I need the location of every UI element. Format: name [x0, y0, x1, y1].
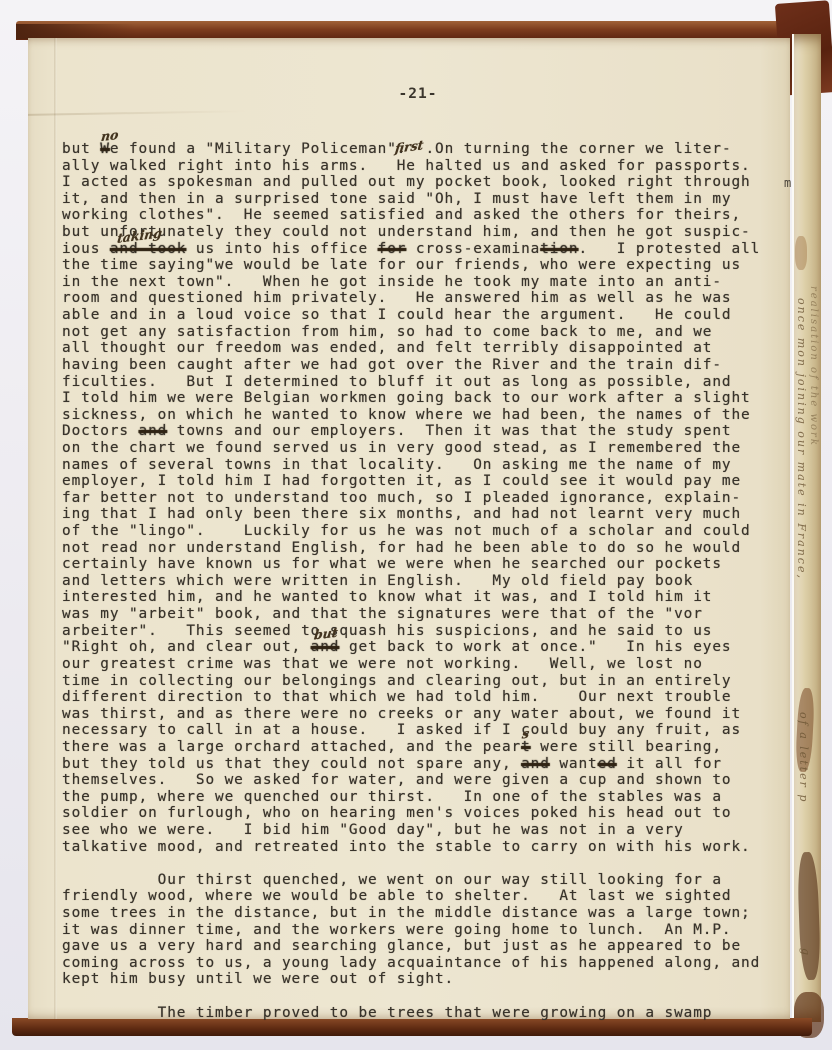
typed-text-segment: far better not to understand too much, s…: [62, 490, 741, 506]
typed-line: working clothes". He seemed satisfied an…: [62, 207, 786, 224]
typed-line: some trees in the distance, but in the m…: [62, 905, 786, 922]
typed-line: "Right oh, and clear out, andbut get bac…: [62, 639, 786, 656]
typed-text-segment: ally walked right into his arms. He halt…: [62, 158, 751, 174]
struck-text: ed: [598, 756, 617, 772]
typed-text-segment: talkative mood, and retreated into the s…: [62, 839, 751, 855]
typed-text-segment: get back to work at once." In his eyes: [339, 639, 731, 655]
typed-line: Our thirst quenched, we went on our way …: [62, 872, 786, 889]
typed-text-segment: us into his office: [186, 241, 377, 257]
typed-text-segment: names of several towns in that locality.…: [62, 457, 731, 473]
typed-text-segment: all thought our freedom was ended, and f…: [62, 340, 712, 356]
struck-text: andbut: [311, 639, 340, 655]
typed-line: ficulties. But I determined to bluff it …: [62, 374, 786, 391]
typed-text-segment: able and in a loud voice so that I could…: [62, 307, 731, 323]
typed-text-segment: the time saying"we would be late for our…: [62, 257, 741, 273]
typed-text-segment: different direction to that which we had…: [62, 689, 731, 705]
typed-line: not read nor understand English, for had…: [62, 540, 786, 557]
typed-line: having been caught after we had got over…: [62, 357, 786, 374]
typed-line: ally walked right into his arms. He halt…: [62, 158, 786, 175]
struck-text: tion: [540, 241, 578, 257]
typed-text-segment: The timber proved to be trees that were …: [62, 1005, 712, 1021]
typed-line: the pump, where we quenched our thirst. …: [62, 789, 786, 806]
typed-text-segment: soldier on furlough, who on hearing men'…: [62, 805, 731, 821]
typed-line: our greatest crime was that we were not …: [62, 656, 786, 673]
typed-line: far better not to understand too much, s…: [62, 490, 786, 507]
typed-line: [62, 988, 786, 1005]
typed-line: I told him we were Belgian workmen going…: [62, 390, 786, 407]
typed-text-segment: coming across to us, a young lady acquai…: [62, 955, 760, 971]
typed-line: the time saying"we would be late for our…: [62, 257, 786, 274]
typed-text-block: but Wnoe found a "Military Policeman"fir…: [62, 141, 786, 1021]
typed-text-segment: kept him busy until we were out of sight…: [62, 971, 454, 987]
typed-line: but Wnoe found a "Military Policeman"fir…: [62, 141, 786, 158]
typed-text-segment: I told him we were Belgian workmen going…: [62, 390, 751, 406]
typed-line: ious and tooktaking us into his office f…: [62, 241, 786, 258]
handwritten-margin-note: g: [799, 948, 812, 957]
typed-line: certainly have known us for what we were…: [62, 556, 786, 573]
typed-line: on the chart we found served us in very …: [62, 440, 786, 457]
typewritten-page: -21- but Wnoe found a "Military Policema…: [28, 38, 790, 1019]
typed-line: themselves. So we asked for water, and w…: [62, 772, 786, 789]
typed-text-segment: Our thirst quenched, we went on our way …: [62, 872, 722, 888]
typed-text-segment: it was dinner time, and the workers were…: [62, 922, 731, 938]
typed-line: but unfortunately they could not underst…: [62, 224, 786, 241]
page-crease: [28, 110, 248, 116]
typed-line: able and in a loud voice so that I could…: [62, 307, 786, 324]
typed-text-segment: not get any satisfaction from him, so ha…: [62, 324, 712, 340]
typed-text-segment: ious: [62, 241, 110, 257]
handwritten-correction: but: [313, 625, 339, 645]
typed-line: kept him busy until we were out of sight…: [62, 971, 786, 988]
typed-text-segment: ficulties. But I determined to bluff it …: [62, 374, 731, 390]
typed-text-segment: towns and our employers. Then it was tha…: [167, 423, 731, 439]
photo-backdrop: -21- but Wnoe found a "Military Policema…: [0, 0, 832, 1050]
book-cover-top-corner-shadow: [16, 24, 136, 39]
typed-text-segment: having been caught after we had got over…: [62, 357, 722, 373]
typed-text-segment: but: [62, 141, 100, 157]
typed-line: The timber proved to be trees that were …: [62, 1005, 786, 1022]
typed-text-segment: friendly wood, where we would be able to…: [62, 888, 731, 904]
typed-line: and letters which were written in Englis…: [62, 573, 786, 590]
typed-text-segment: employer, I told him I had forgotten it,…: [62, 473, 741, 489]
typed-line: coming across to us, a young lady acquai…: [62, 955, 786, 972]
typed-line: sickness, on which he wanted to know whe…: [62, 407, 786, 424]
typed-line: there was a large orchard attached, and …: [62, 739, 786, 756]
typed-text-segment: in the next town". When he got inside he…: [62, 274, 722, 290]
typed-text-segment: I acted as spokesman and pulled out my p…: [62, 174, 751, 190]
typed-line: gave us a very hard and searching glance…: [62, 938, 786, 955]
typed-text-segment: . .On turning the corner we liter-: [397, 141, 732, 157]
handwritten-correction: no: [100, 127, 119, 146]
typed-text-segment: cross-examina: [406, 241, 540, 257]
page-number: -21-: [358, 86, 478, 102]
typed-line: necessary to call in at a house. I asked…: [62, 722, 786, 739]
typed-text-segment: but they told us that they could not spa…: [62, 756, 521, 772]
typed-text-segment: necessary to call in at a house. I asked…: [62, 722, 741, 738]
typed-text-segment: themselves. So we asked for water, and w…: [62, 772, 731, 788]
typed-text-segment: Doctors: [62, 423, 139, 439]
typed-text-segment: it, and then in a surprised tone said "O…: [62, 191, 731, 207]
typed-text-segment: "Right oh, and clear out,: [62, 639, 311, 655]
typed-text-segment: our greatest crime was that we were not …: [62, 656, 703, 672]
typed-text-segment: not read nor understand English, for had…: [62, 540, 741, 556]
handwritten-correction: s: [521, 725, 530, 743]
typed-line: I acted as spokesman and pulled out my p…: [62, 174, 786, 191]
struck-text: and: [139, 423, 168, 439]
handwritten-margin-note: realisation of the work: [808, 286, 819, 447]
typed-line: arbeiter". This seemed to squash his sus…: [62, 623, 786, 640]
typed-text-segment: there was a large orchard attached, and …: [62, 739, 521, 755]
struck-text: and tooktaking: [110, 241, 187, 257]
typed-line: time in collecting our belongings and cl…: [62, 673, 786, 690]
fore-edge-wear: [795, 236, 807, 270]
edge-stray-character: m: [784, 176, 791, 190]
typed-line: soldier on furlough, who on hearing men'…: [62, 805, 786, 822]
typed-text-segment: on the chart we found served us in very …: [62, 440, 741, 456]
handwritten-margin-note: once mon joining our mate in France,: [795, 298, 808, 580]
typed-text-segment: see who we were. I bid him "Good day", b…: [62, 822, 684, 838]
typed-line: names of several towns in that locality.…: [62, 457, 786, 474]
typed-line: in the next town". When he got inside he…: [62, 274, 786, 291]
typed-text-segment: but unfortunately they could not underst…: [62, 224, 751, 240]
typed-text-segment: was thirst, and as there were no creeks …: [62, 706, 741, 722]
typed-text-segment: e found a "Military Policeman": [110, 141, 397, 157]
typed-line: it was dinner time, and the workers were…: [62, 922, 786, 939]
typed-text-segment: sickness, on which he wanted to know whe…: [62, 407, 751, 423]
typed-line: was thirst, and as there were no creeks …: [62, 706, 786, 723]
typed-line: see who we were. I bid him "Good day", b…: [62, 822, 786, 839]
typed-text-segment: ing that I had only been there six month…: [62, 506, 741, 522]
typed-text-segment: it all for: [617, 756, 722, 772]
typed-line: room and questioned him privately. He an…: [62, 290, 786, 307]
struck-text: Wno: [100, 141, 110, 157]
typed-line: [62, 855, 786, 872]
typed-text-segment: working clothes". He seemed satisfied an…: [62, 207, 741, 223]
typed-text-segment: interested him, and he wanted to know wh…: [62, 589, 712, 605]
struck-text: for: [378, 241, 407, 257]
typed-line: Doctors and towns and our employers. The…: [62, 423, 786, 440]
typed-line: employer, I told him I had forgotten it,…: [62, 473, 786, 490]
typed-line: interested him, and he wanted to know wh…: [62, 589, 786, 606]
typed-line: was my "arbeit" book, and that the signa…: [62, 606, 786, 623]
typed-text-segment: certainly have known us for what we were…: [62, 556, 722, 572]
typed-text-segment: were still bearing,: [531, 739, 722, 755]
typed-text-segment: the pump, where we quenched our thirst. …: [62, 789, 722, 805]
typed-text-segment: time in collecting our belongings and cl…: [62, 673, 731, 689]
typed-text-segment: was my "arbeit" book, and that the signa…: [62, 606, 703, 622]
typed-line: talkative mood, and retreated into the s…: [62, 839, 786, 856]
typed-line: but they told us that they could not spa…: [62, 756, 786, 773]
typed-text-segment: gave us a very hard and searching glance…: [62, 938, 741, 954]
typed-line: ing that I had only been there six month…: [62, 506, 786, 523]
typed-line: different direction to that which we had…: [62, 689, 786, 706]
handwritten-margin-note: of a letter p: [797, 712, 810, 803]
typed-line: not get any satisfaction from him, so ha…: [62, 324, 786, 341]
typed-text-segment: room and questioned him privately. He an…: [62, 290, 731, 306]
page-crease: [54, 38, 57, 1019]
typed-text-segment: some trees in the distance, but in the m…: [62, 905, 751, 921]
struck-text: ts: [521, 739, 531, 755]
typed-text-segment: . I protested all: [579, 241, 761, 257]
struck-text: and: [521, 756, 550, 772]
typed-line: it, and then in a surprised tone said "O…: [62, 191, 786, 208]
typed-text-segment: of the "lingo". Luckily for us he was no…: [62, 523, 751, 539]
typed-line: friendly wood, where we would be able to…: [62, 888, 786, 905]
typed-text-segment: arbeiter". This seemed to squash his sus…: [62, 623, 712, 639]
typed-text-segment: want: [550, 756, 598, 772]
typed-line: all thought our freedom was ended, and f…: [62, 340, 786, 357]
typed-text-segment: and letters which were written in Englis…: [62, 573, 693, 589]
typed-line: of the "lingo". Luckily for us he was no…: [62, 523, 786, 540]
